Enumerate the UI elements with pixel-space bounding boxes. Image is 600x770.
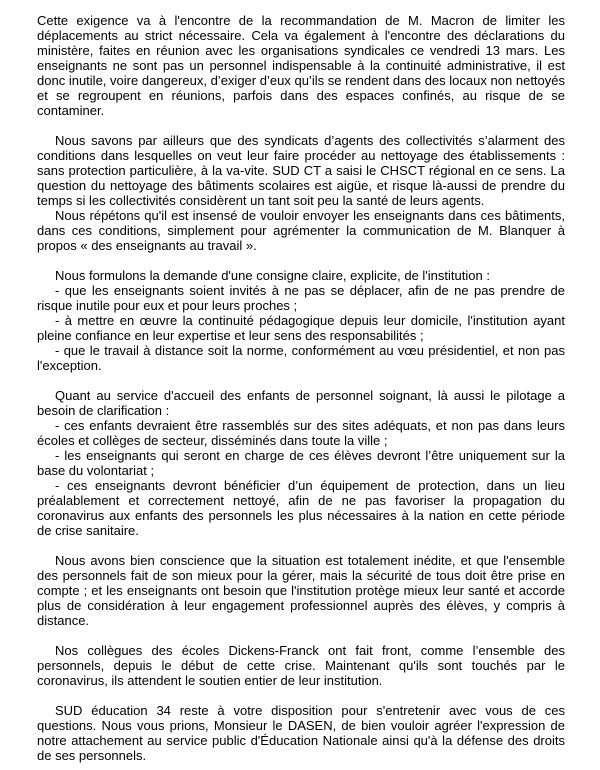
document-page: Cette exigence va à l'encontre de la rec… (0, 0, 600, 770)
paragraph-formule-politesse: SUD éducation 34 reste à votre dispositi… (37, 703, 565, 763)
paragraph-syndicats: Nous savons par ailleurs que des syndica… (37, 133, 565, 208)
list-item-volontariat: - les enseignants qui seront en charge d… (37, 448, 565, 478)
paragraph-conscience: Nous avons bien conscience que la situat… (37, 553, 565, 628)
paragraph-exigence: Cette exigence va à l'encontre de la rec… (37, 13, 565, 118)
paragraph-repetons: Nous répétons qu'il est insensé de voulo… (37, 208, 565, 253)
list-item-equipement-protection: - ces enseignants devront bénéficier d’u… (37, 478, 565, 538)
paragraph-dickens-franck: Nos collègues des écoles Dickens-Franck … (37, 643, 565, 688)
list-item-travail-a-distance: - que le travail à distance soit la norm… (37, 343, 565, 373)
paragraph-demande-consigne: Nous formulons la demande d'une consigne… (37, 268, 565, 283)
paragraph-service-accueil: Quant au service d'accueil des enfants d… (37, 388, 565, 418)
list-item-sites-adequats: - ces enfants devraient être rassemblés … (37, 418, 565, 448)
list-item-ne-pas-se-deplacer: - que les enseignants soient invités à n… (37, 283, 565, 313)
list-item-continuite-pedagogique: - à mettre en œuvre la continuité pédago… (37, 313, 565, 343)
